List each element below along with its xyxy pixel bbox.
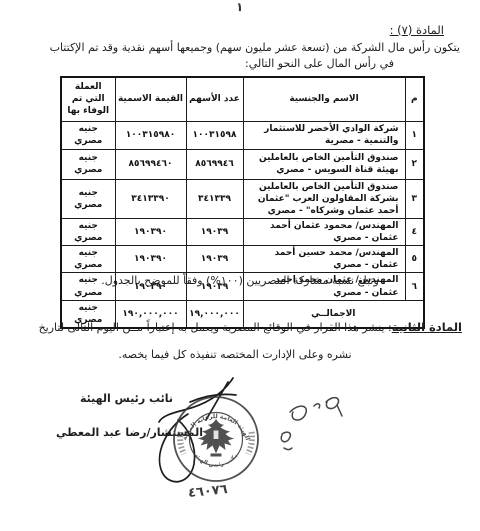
cell-shareholder-name: المهندس/ محمود عثمان أحمد عثمان - مصري	[243, 218, 405, 245]
cell-nominal-value: ٣٤١٣٣٩٠	[115, 179, 186, 218]
handwritten-initials	[274, 390, 346, 456]
cell-currency: جنيه مصري	[61, 246, 115, 273]
cell-share-count: ٣٤١٣٣٩	[186, 179, 243, 218]
table-row: ٤ المهندس/ محمود عثمان أحمد عثمان - مصري…	[61, 218, 424, 245]
article7-heading: المادة (٧) :	[390, 23, 444, 37]
cell-share-count: ٨٥٦٩٩٤٦	[186, 149, 243, 179]
table-row: ١ شركة الوادي الأخضر للاستثمار والتنمية …	[61, 121, 424, 149]
cell-shareholder-name: صندوق التأمين الخاص بالعاملين بشركة المق…	[243, 179, 405, 218]
cell-nominal-value: ١٩٠٣٩٠	[115, 218, 186, 245]
article7-text-line2: في رأس المال على النحو التالي:	[245, 57, 394, 70]
header-share-count: عدد الأسهم	[186, 77, 243, 121]
header-payment-currency: العملة التي تم الوفاء بها	[61, 77, 115, 121]
header-nominal-value: القيمة الاسمية	[115, 77, 186, 121]
cell-currency: جنيه مصري	[61, 149, 115, 179]
cell-shareholder-name: المهندس/ محمد حسين أحمد عثمان - مصري	[243, 246, 405, 273]
cell-row-number: ٤	[405, 218, 424, 245]
article2-text-line1: المادة الثانية: ينشر هذا القرار في الوقا…	[39, 320, 462, 334]
egyptian-participation-note: وتبلغ نسبة مشاركة المصريين (١٠٠%) وفقاً …	[0, 274, 480, 287]
cell-shareholder-name: صندوق التأمين الخاص بالعاملين بهيئة قناة…	[243, 149, 405, 179]
document-page: ١ المادة (٧) : يتكون رأس مال الشركة من (…	[0, 0, 480, 531]
cell-row-number: ٢	[405, 149, 424, 179]
cell-nominal-value: ١٩٠٣٩٠	[115, 246, 186, 273]
table-row: ٢ صندوق التأمين الخاص بالعاملين بهيئة قن…	[61, 149, 424, 179]
header-name-nationality: الاسم والجنسية	[243, 77, 405, 121]
cell-currency: جنيه مصري	[61, 179, 115, 218]
cell-nominal-value: ١٠٠٣١٥٩٨٠	[115, 121, 186, 149]
article2-heading: المادة الثانية	[392, 320, 462, 334]
cell-shareholder-name: شركة الوادي الأخضر للاستثمار والتنمية - …	[243, 121, 405, 149]
cell-row-number: ٥	[405, 246, 424, 273]
article2-body-start: : ينشر هذا القرار في الوقائع المصرية ويع…	[39, 321, 392, 334]
cell-currency: جنيه مصري	[61, 218, 115, 245]
cell-share-count: ١٩٠٣٩	[186, 218, 243, 245]
table-header-row: م الاسم والجنسية عدد الأسهم القيمة الاسم…	[61, 77, 424, 121]
page-number-mark: ١	[236, 0, 244, 14]
article2-text-line2: نشره وعلى الإدارت المختصه تنفيذه كل فيما…	[0, 348, 470, 361]
table-row: ٥ المهندس/ محمد حسين أحمد عثمان - مصري ١…	[61, 246, 424, 273]
table-row: ٣ صندوق التأمين الخاص بالعاملين بشركة ال…	[61, 179, 424, 218]
cell-row-number: ١	[405, 121, 424, 149]
cell-share-count: ١٩٠٣٩	[186, 246, 243, 273]
eagle-emblem-icon	[198, 419, 235, 457]
article7-text-line1: يتكون رأس مال الشركة من (تسعة عشر مليون …	[50, 41, 460, 54]
cell-row-number: ٣	[405, 179, 424, 218]
cell-currency: جنيه مصري	[61, 121, 115, 149]
cell-nominal-value: ٨٥٦٩٩٤٦٠	[115, 149, 186, 179]
cell-share-count: ١٠٠٣١٥٩٨	[186, 121, 243, 149]
handwritten-number: ٤٦٠٧٦	[187, 482, 228, 501]
official-stamp: الهيئة العامة للرقابة المالية مكتب رئيس …	[171, 394, 261, 484]
shareholders-table: م الاسم والجنسية عدد الأسهم القيمة الاسم…	[60, 76, 425, 329]
header-row-number: م	[405, 77, 424, 121]
